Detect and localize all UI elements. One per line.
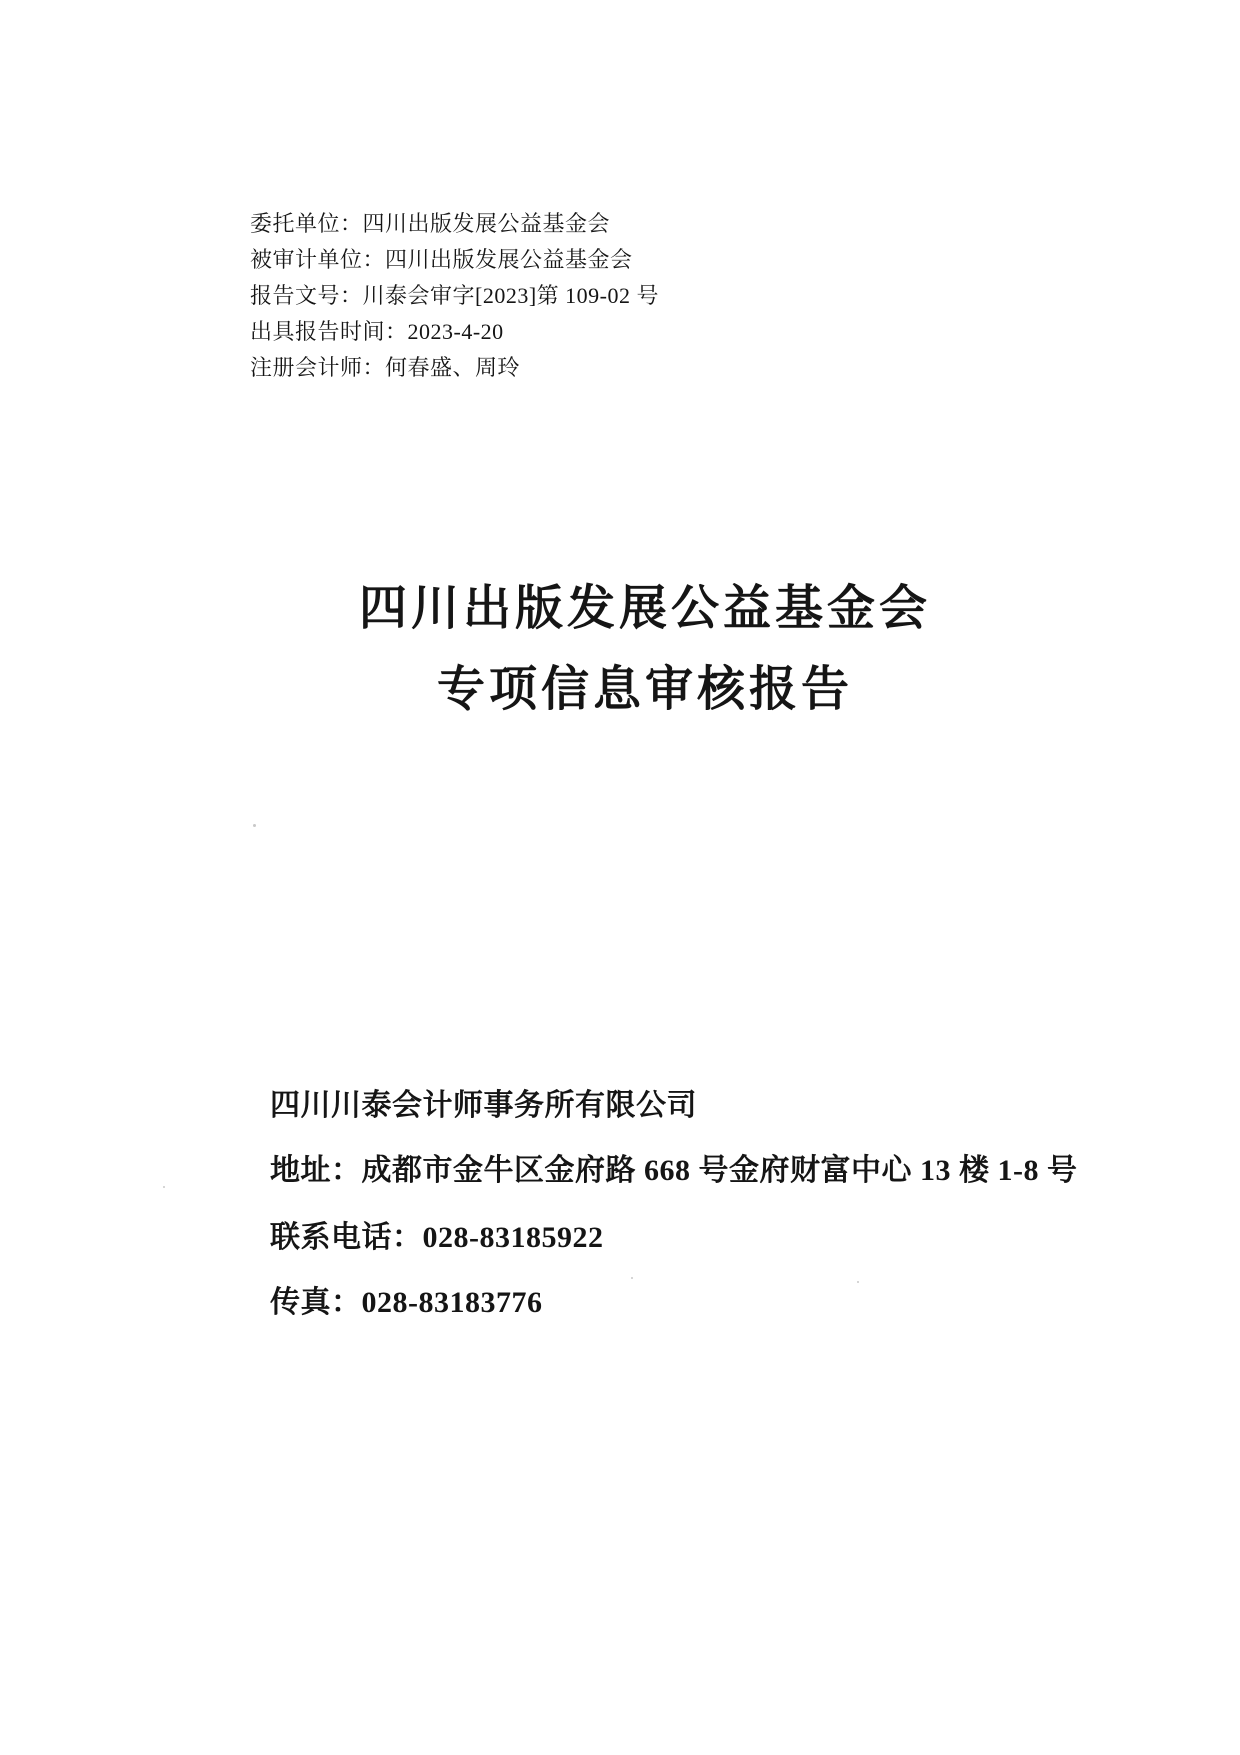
report-cover-page: 委托单位：四川出版发展公益基金会 被审计单位：四川出版发展公益基金会 报告文号：… bbox=[0, 0, 1240, 1755]
scan-speck bbox=[253, 824, 256, 827]
firm-name: 四川川泰会计师事务所有限公司 bbox=[270, 1089, 697, 1123]
meta-line-cpas: 注册会计师：何春盛、周玲 bbox=[250, 350, 659, 386]
report-meta-block: 委托单位：四川出版发展公益基金会 被审计单位：四川出版发展公益基金会 报告文号：… bbox=[250, 206, 659, 386]
report-title-line2: 专项信息审核报告 bbox=[50, 665, 1240, 715]
scan-speck bbox=[163, 1186, 165, 1188]
meta-line-client: 委托单位：四川出版发展公益基金会 bbox=[250, 206, 659, 242]
meta-line-report-number: 报告文号：川泰会审字[2023]第 109-02 号 bbox=[250, 278, 659, 314]
firm-phone: 联系电话：028-83185922 bbox=[270, 1221, 604, 1255]
meta-line-auditee: 被审计单位：四川出版发展公益基金会 bbox=[250, 242, 659, 278]
report-title-line1: 四川出版发展公益基金会 bbox=[50, 584, 1240, 634]
firm-address: 地址：成都市金牛区金府路 668 号金府财富中心 13 楼 1-8 号 bbox=[270, 1154, 1078, 1188]
scan-speck bbox=[631, 1277, 633, 1279]
meta-line-report-date: 出具报告时间：2023-4-20 bbox=[250, 314, 659, 350]
firm-fax: 传真：028-83183776 bbox=[270, 1286, 543, 1320]
scan-speck bbox=[857, 1281, 859, 1283]
